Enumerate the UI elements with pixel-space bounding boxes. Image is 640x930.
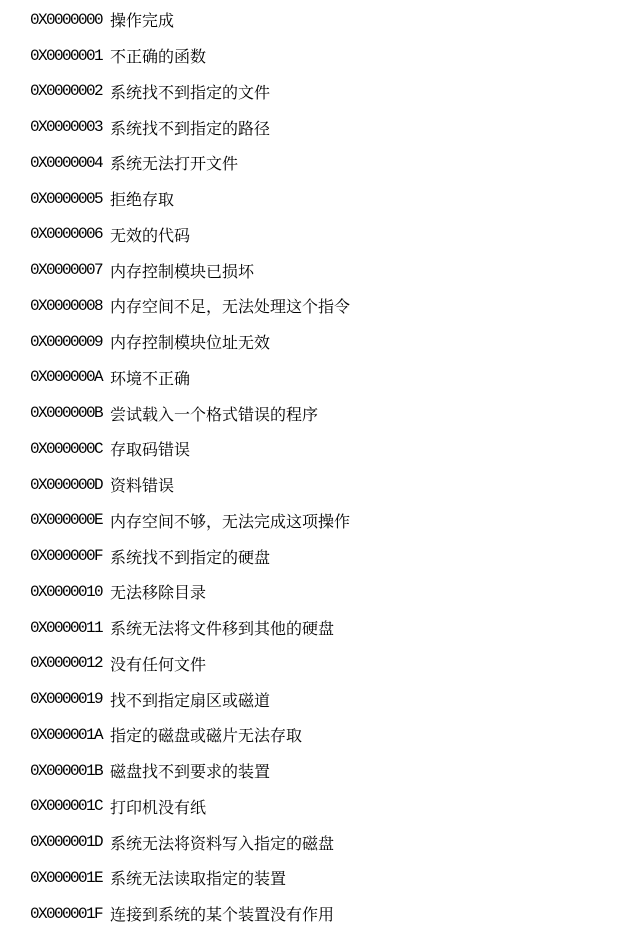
error-code: 0X0000009 (30, 333, 102, 351)
list-item: 0X0000008 内存空间不足，无法处理这个指令 (30, 288, 640, 324)
error-code: 0X0000011 (30, 619, 102, 637)
list-item: 0X0000004 系统无法打开文件 (30, 145, 640, 181)
error-message: 连接到系统的某个装置没有作用 (110, 902, 334, 925)
list-item: 0X000000A 环境不正确 (30, 360, 640, 396)
list-item: 0X000000C 存取码错误 (30, 431, 640, 467)
error-message: 磁盘找不到要求的装置 (110, 759, 270, 782)
list-item: 0X0000009 内存控制模块位址无效 (30, 324, 640, 360)
error-code: 0X0000012 (30, 654, 102, 672)
error-message: 系统找不到指定的硬盘 (110, 545, 270, 568)
list-item: 0X000000E 内存空间不够，无法完成这项操作 (30, 503, 640, 539)
error-message: 操作完成 (110, 8, 174, 31)
list-item: 0X0000019 找不到指定扇区或磁道 (30, 681, 640, 717)
list-item: 0X000001A 指定的磁盘或磁片无法存取 (30, 717, 640, 753)
list-item: 0X0000000 操作完成 (30, 2, 640, 38)
list-item: 0X000001E 系统无法读取指定的装置 (30, 860, 640, 896)
list-item: 0X000001D 系统无法将资料写入指定的磁盘 (30, 824, 640, 860)
error-code: 0X0000019 (30, 690, 102, 708)
list-item: 0X0000003 系统找不到指定的路径 (30, 109, 640, 145)
error-message: 系统无法将资料写入指定的磁盘 (110, 831, 334, 854)
error-message: 系统无法将文件移到其他的硬盘 (110, 616, 334, 639)
error-message: 系统无法读取指定的装置 (110, 866, 286, 889)
error-message: 找不到指定扇区或磁道 (110, 688, 270, 711)
error-message: 不正确的函数 (110, 44, 206, 67)
error-code: 0X000001B (30, 762, 102, 780)
list-item: 0X000001F 连接到系统的某个装置没有作用 (30, 896, 640, 930)
error-message: 无效的代码 (110, 223, 190, 246)
error-message: 尝试载入一个格式错误的程序 (110, 402, 318, 425)
error-code: 0X000000B (30, 404, 102, 422)
error-code: 0X0000004 (30, 154, 102, 172)
error-code: 0X000001D (30, 833, 102, 851)
error-message: 环境不正确 (110, 366, 190, 389)
error-code-list: 0X0000000 操作完成 0X0000001 不正确的函数 0X000000… (0, 0, 640, 930)
error-message: 拒绝存取 (110, 187, 174, 210)
list-item: 0X0000007 内存控制模块已损坏 (30, 252, 640, 288)
error-message: 内存控制模块位址无效 (110, 330, 270, 353)
list-item: 0X0000002 系统找不到指定的文件 (30, 74, 640, 110)
error-code: 0X0000010 (30, 583, 102, 601)
list-item: 0X0000011 系统无法将文件移到其他的硬盘 (30, 610, 640, 646)
error-message: 系统无法打开文件 (110, 151, 238, 174)
list-item: 0X000001B 磁盘找不到要求的装置 (30, 753, 640, 789)
error-code: 0X000000E (30, 511, 102, 529)
error-code: 0X000001A (30, 726, 102, 744)
list-item: 0X000000F 系统找不到指定的硬盘 (30, 538, 640, 574)
error-message: 内存控制模块已损坏 (110, 259, 254, 282)
error-code: 0X000001E (30, 869, 102, 887)
error-code: 0X000000A (30, 368, 102, 386)
error-code: 0X0000006 (30, 225, 102, 243)
error-message: 指定的磁盘或磁片无法存取 (110, 723, 302, 746)
error-code: 0X0000003 (30, 118, 102, 136)
error-code: 0X0000005 (30, 190, 102, 208)
list-item: 0X0000012 没有任何文件 (30, 646, 640, 682)
error-message: 系统找不到指定的文件 (110, 80, 270, 103)
list-item: 0X0000001 不正确的函数 (30, 38, 640, 74)
error-message: 内存空间不够，无法完成这项操作 (110, 509, 350, 532)
list-item: 0X0000010 无法移除目录 (30, 574, 640, 610)
error-message: 打印机没有纸 (110, 795, 206, 818)
error-message: 内存空间不足，无法处理这个指令 (110, 294, 350, 317)
error-code: 0X0000002 (30, 82, 102, 100)
error-code: 0X000001F (30, 905, 102, 923)
error-code: 0X000000C (30, 440, 102, 458)
error-code: 0X000000D (30, 476, 102, 494)
list-item: 0X000000D 资料错误 (30, 467, 640, 503)
list-item: 0X000001C 打印机没有纸 (30, 789, 640, 825)
list-item: 0X000000B 尝试载入一个格式错误的程序 (30, 395, 640, 431)
error-message: 资料错误 (110, 473, 174, 496)
error-message: 没有任何文件 (110, 652, 206, 675)
error-message: 系统找不到指定的路径 (110, 116, 270, 139)
error-code: 0X000001C (30, 797, 102, 815)
error-code: 0X0000000 (30, 11, 102, 29)
error-code: 0X0000008 (30, 297, 102, 315)
error-message: 无法移除目录 (110, 580, 206, 603)
list-item: 0X0000005 拒绝存取 (30, 181, 640, 217)
error-code: 0X0000001 (30, 47, 102, 65)
error-code: 0X000000F (30, 547, 102, 565)
list-item: 0X0000006 无效的代码 (30, 217, 640, 253)
error-code: 0X0000007 (30, 261, 102, 279)
error-message: 存取码错误 (110, 437, 190, 460)
